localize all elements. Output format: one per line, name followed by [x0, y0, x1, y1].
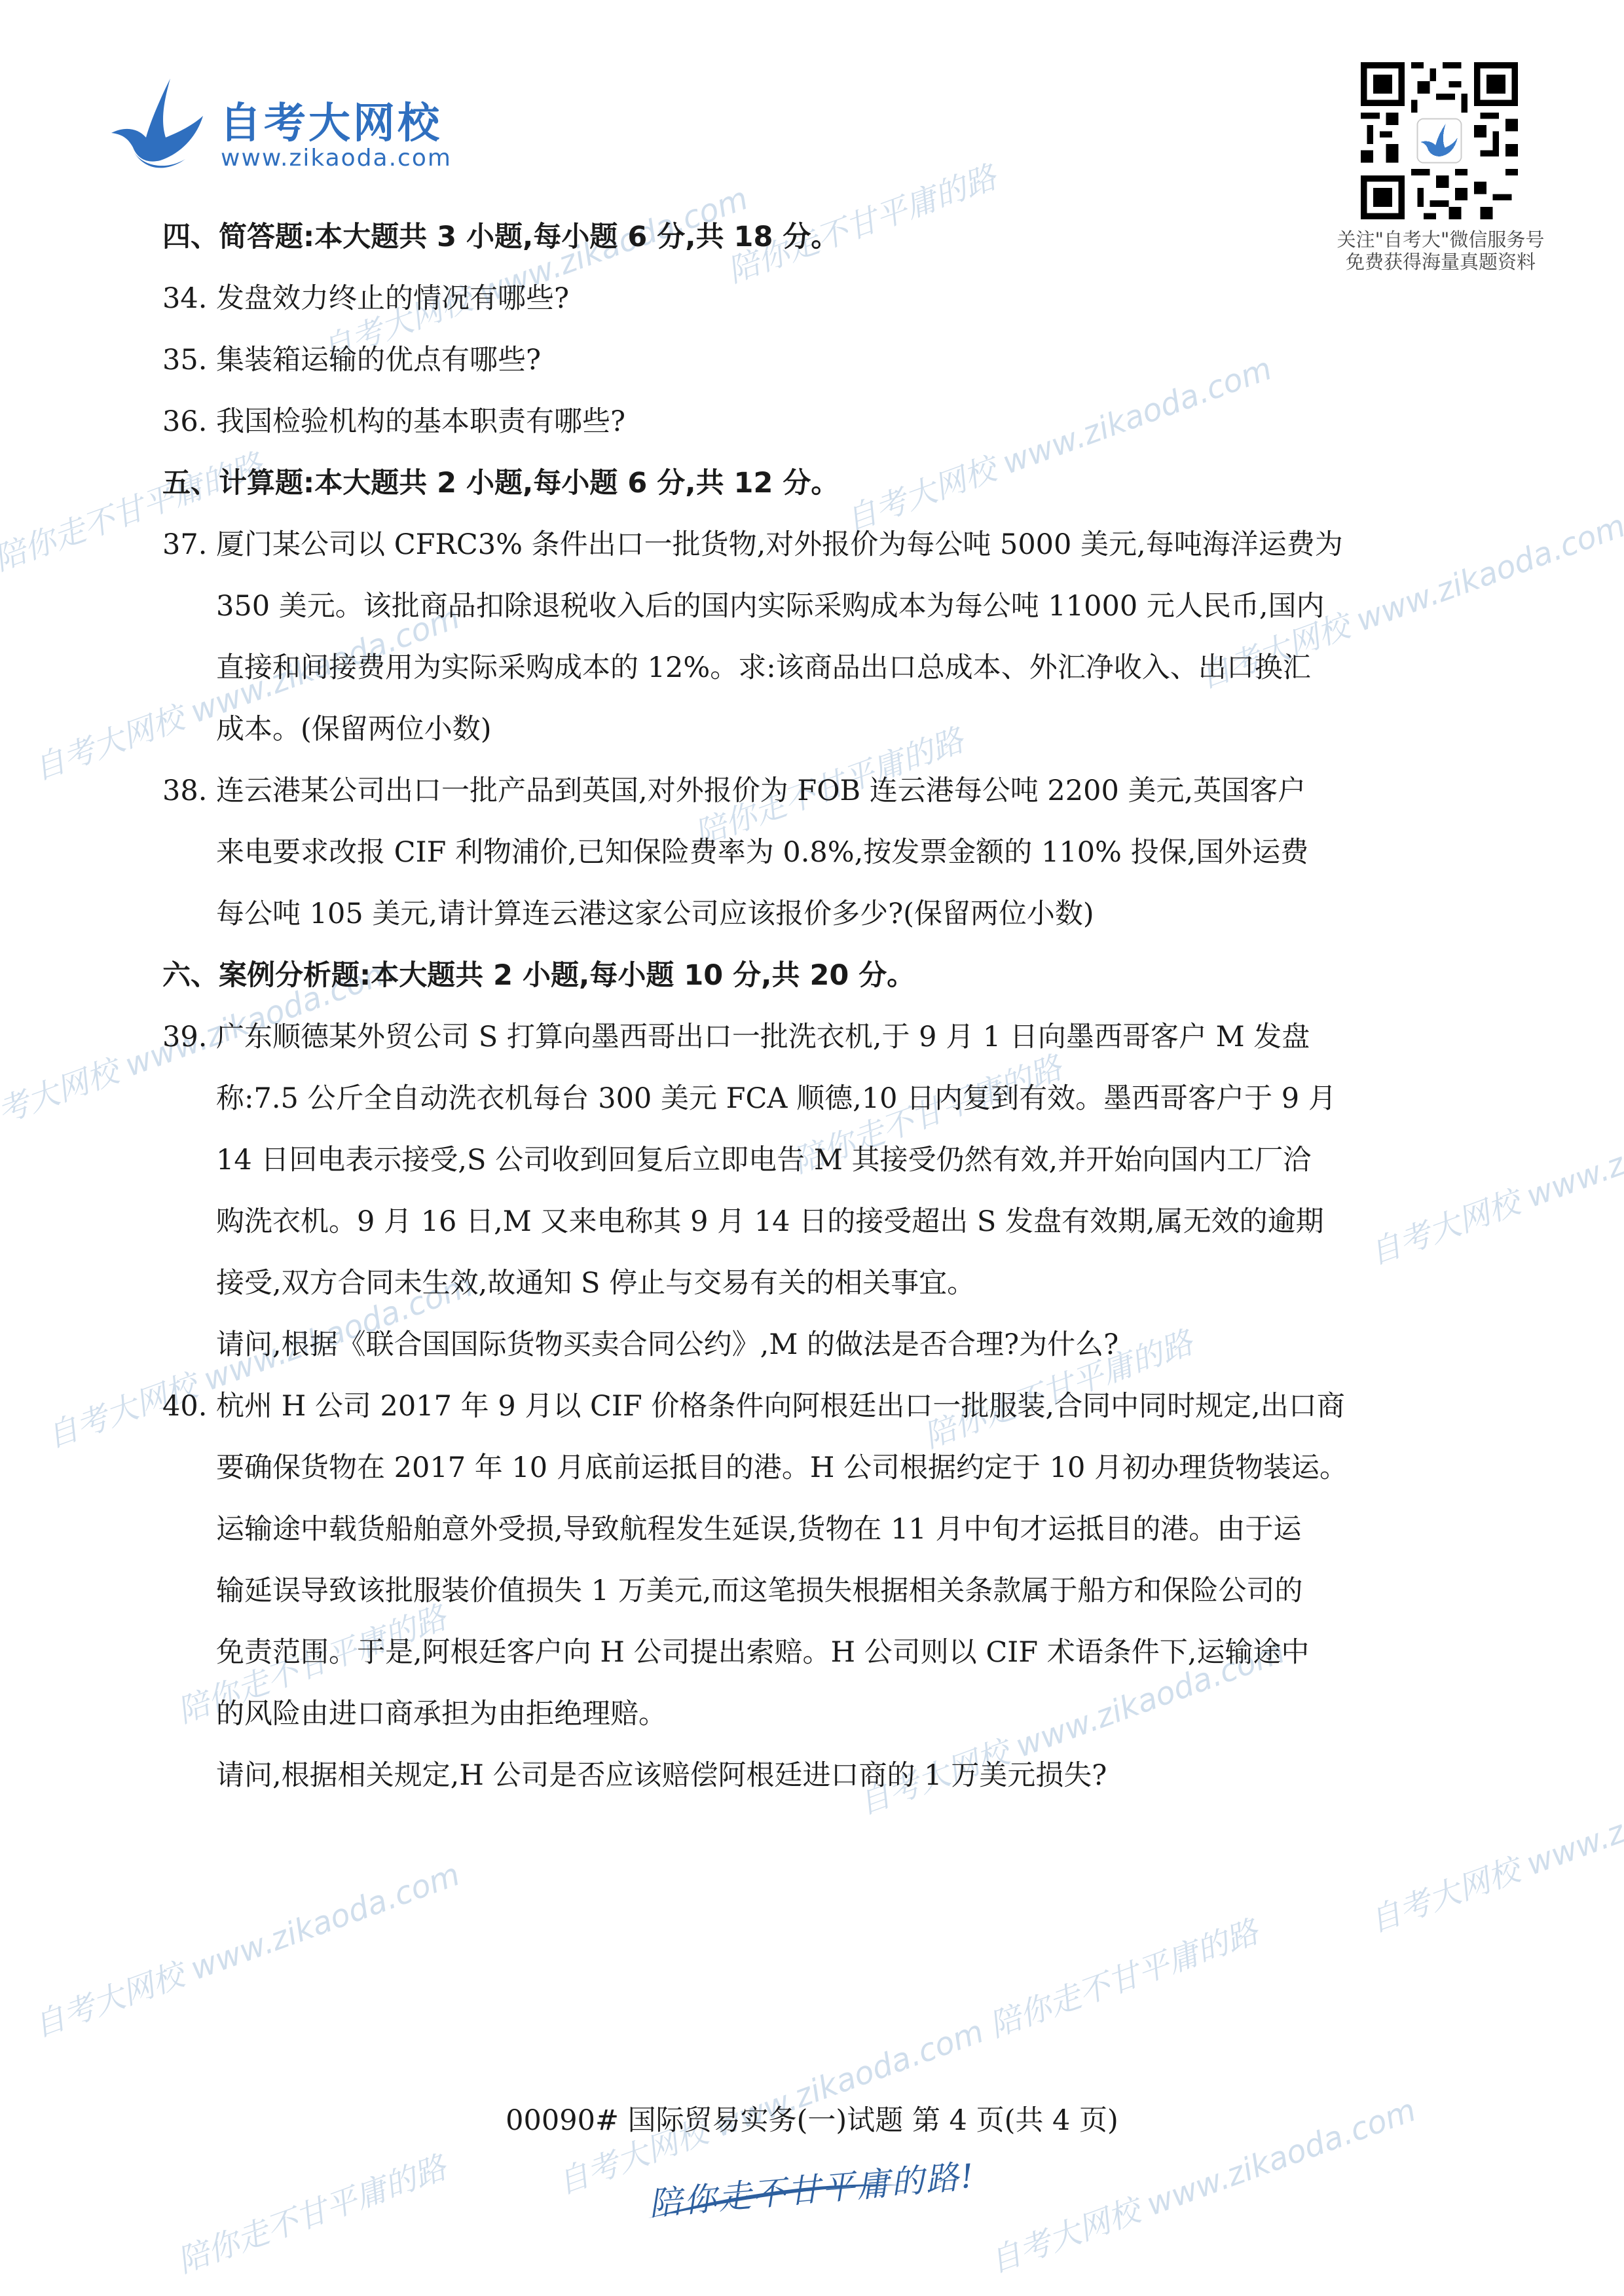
- question-prompt: 请问,根据相关规定,H 公司是否应该赔偿阿根廷进口商的 1 万美元损失?: [162, 1745, 1472, 1806]
- question-38: 38. 连云港某公司出口一批产品到英国,对外报价为 FOB 连云港每公吨 220…: [162, 760, 1472, 945]
- brand-logo: 自考大网校 www.zikaoda.com: [108, 75, 475, 173]
- section-heading-calculation: 五、计算题:本大题共 2 小题,每小题 6 分,共 12 分。: [162, 452, 1472, 514]
- question-line: 39. 广东顺德某外贸公司 S 打算向墨西哥出口一批洗衣机,于 9 月 1 日向…: [162, 1006, 1472, 1068]
- question-36: 36. 我国检验机构的基本职责有哪些?: [162, 391, 1472, 452]
- question-line: 14 日回电表示接受,S 公司收到回复后立即电告 M 其接受仍然有效,并开始向国…: [162, 1129, 1472, 1191]
- section-heading-case-analysis: 六、案例分析题:本大题共 2 小题,每小题 10 分,共 20 分。: [162, 945, 1472, 1006]
- section-heading-short-answer: 四、简答题:本大题共 3 小题,每小题 6 分,共 18 分。: [162, 206, 1472, 268]
- logo-title: 自考大网校: [219, 90, 442, 150]
- bird-logo-icon: [108, 75, 206, 173]
- slogan-swoosh-icon: [642, 2160, 982, 2219]
- question-line: 来电要求改报 CIF 利物浦价,已知保险费率为 0.8%,按发票金额的 110%…: [162, 822, 1472, 883]
- question-line: 运输途中载货船舶意外受损,导致航程发生延误,货物在 11 月中旬才运抵目的港。由…: [162, 1499, 1472, 1560]
- question-line: 每公吨 105 美元,请计算连云港这家公司应该报价多少?(保留两位小数): [162, 883, 1472, 945]
- question-line: 40. 杭州 H 公司 2017 年 9 月以 CIF 价格条件向阿根廷出口一批…: [162, 1376, 1472, 1437]
- question-line: 38. 连云港某公司出口一批产品到英国,对外报价为 FOB 连云港每公吨 220…: [162, 760, 1472, 822]
- question-line: 直接和间接费用为实际采购成本的 12%。求:该商品出口总成本、外汇净收入、出口换…: [162, 637, 1472, 699]
- page-footer: 00090# 国际贸易实务(一)试题 第 4 页(共 4 页): [0, 2098, 1624, 2138]
- question-line: 称:7.5 公斤全自动洗衣机每台 300 美元 FCA 顺德,10 日内复到有效…: [162, 1068, 1472, 1129]
- question-prompt: 请问,根据《联合国国际货物买卖合同公约》,M 的做法是否合理?为什么?: [162, 1314, 1472, 1376]
- qr-code-icon: [1361, 62, 1518, 219]
- question-34: 34. 发盘效力终止的情况有哪些?: [162, 268, 1472, 329]
- question-line: 要确保货物在 2017 年 10 月底前运抵目的港。H 公司根据约定于 10 月…: [162, 1437, 1472, 1499]
- question-39: 39. 广东顺德某外贸公司 S 打算向墨西哥出口一批洗衣机,于 9 月 1 日向…: [162, 1006, 1472, 1376]
- question-line: 350 美元。该批商品扣除退税收入后的国内实际采购成本为每公吨 11000 元人…: [162, 575, 1472, 637]
- question-line: 购洗衣机。9 月 16 日,M 又来电称其 9 月 14 日的接受超出 S 发盘…: [162, 1191, 1472, 1252]
- question-37: 37. 厦门某公司以 CFRC3% 条件出口一批货物,对外报价为每公吨 5000…: [162, 514, 1472, 760]
- question-line: 成本。(保留两位小数): [162, 699, 1472, 760]
- slogan: 陪你走不甘平庸的路!: [642, 2160, 982, 2219]
- question-35: 35. 集装箱运输的优点有哪些?: [162, 329, 1472, 391]
- question-line: 免责范围。于是,阿根廷客户向 H 公司提出索赔。H 公司则以 CIF 术语条件下…: [162, 1622, 1472, 1683]
- watermark: 陪你走不甘平庸的路: [982, 1906, 1264, 2046]
- question-line: 输延误导致该批服装价值损失 1 万美元,而这笔损失根据相关条款属于船方和保险公司…: [162, 1560, 1472, 1622]
- question-line: 37. 厦门某公司以 CFRC3% 条件出口一批货物,对外报价为每公吨 5000…: [162, 514, 1472, 575]
- qr-code[interactable]: [1361, 62, 1518, 219]
- question-40: 40. 杭州 H 公司 2017 年 9 月以 CIF 价格条件向阿根廷出口一批…: [162, 1376, 1472, 1806]
- question-line: 接受,双方合同未生效,故通知 S 停止与交易有关的相关事宜。: [162, 1252, 1472, 1314]
- watermark: 自考大网校 www.zikaoda.com: [26, 1850, 465, 2046]
- logo-url: www.zikaoda.com: [221, 145, 452, 172]
- watermark: 陪你走不甘平庸的路: [170, 2142, 452, 2282]
- question-line: 的风险由进口商承担为由拒绝理赔。: [162, 1683, 1472, 1745]
- exam-content: 四、简答题:本大题共 3 小题,每小题 6 分,共 18 分。 34. 发盘效力…: [162, 206, 1472, 1806]
